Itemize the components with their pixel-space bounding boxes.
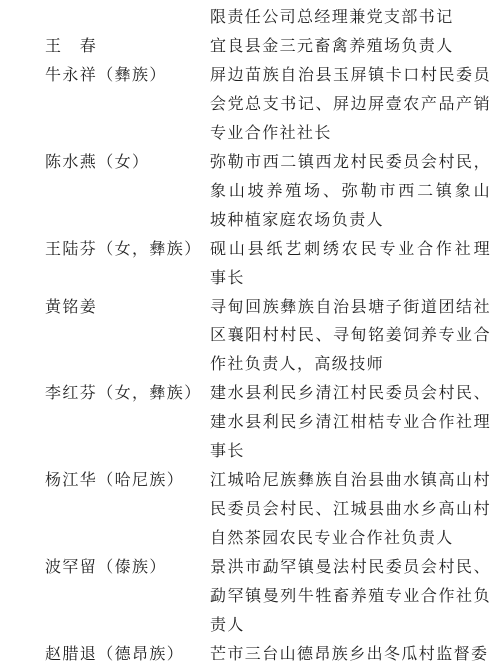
entry-description-line: 会党总支书记、屏边屏壹农产品产销 bbox=[210, 91, 491, 120]
entry-description-line: 江城哈尼族彝族自治县曲水镇高山村 bbox=[210, 467, 491, 496]
entry-description-line: 景洪市勐罕镇曼法村民委员会村民、 bbox=[210, 554, 491, 583]
entry-description-line: 弥勒市西二镇西龙村民委员会村民， bbox=[210, 149, 491, 178]
entry-name: 波罕留（傣族） bbox=[45, 554, 210, 583]
document-page: 限责任公司总经理兼党支部书记 王 春 宜良县金三元畜禽养殖场负责人 牛永祥（彝族… bbox=[0, 0, 497, 670]
entry-description-line: 民委员会村民、江城县曲水乡高山村 bbox=[210, 496, 491, 525]
entry-description-line: 事长 bbox=[210, 265, 491, 294]
entry-name: 杨江华（哈尼族） bbox=[45, 467, 210, 496]
entry-description-line: 作社负责人，高级技师 bbox=[210, 351, 491, 380]
entry-description: 寻甸回族彝族自治县塘子街道团结社区襄阳村村民、寻甸铭姜饲养专业合作社负责人，高级… bbox=[210, 294, 491, 381]
entry-description-line: 象山坡养殖场、弥勒市西二镇象山 bbox=[210, 178, 491, 207]
entry-description-line: 寻甸回族彝族自治县塘子街道团结社 bbox=[210, 294, 491, 323]
entry-description-line: 芒市三台山德昂族乡出冬瓜村监督委 bbox=[210, 641, 491, 670]
entry-description-line: 砚山县纸艺刺绣农民专业合作社理 bbox=[210, 236, 491, 265]
entry-name: 陈水燕（女） bbox=[45, 149, 210, 178]
entry-row: 限责任公司总经理兼党支部书记 bbox=[0, 4, 497, 33]
entry-name: 李红芬（女，彝族） bbox=[45, 380, 210, 409]
entry-description: 景洪市勐罕镇曼法村民委员会村民、勐罕镇曼列牛牲畜养殖专业合作社负责人 bbox=[210, 554, 491, 641]
entry-description-line: 区襄阳村村民、寻甸铭姜饲养专业合 bbox=[210, 322, 491, 351]
entry-description-line: 建水县利民乡清江柑桔专业合作社理 bbox=[210, 409, 491, 438]
entry-row: 陈水燕（女） 弥勒市西二镇西龙村民委员会村民，象山坡养殖场、弥勒市西二镇象山坡种… bbox=[0, 149, 497, 236]
entry-description-line: 责人 bbox=[210, 612, 491, 641]
entry-description: 芒市三台山德昂族乡出冬瓜村监督委 bbox=[210, 641, 491, 670]
entry-row: 王陆芬（女，彝族） 砚山县纸艺刺绣农民专业合作社理事长 bbox=[0, 236, 497, 294]
entry-description-line: 屏边苗族自治县玉屏镇卡口村民委员 bbox=[210, 62, 491, 91]
entry-description-line: 勐罕镇曼列牛牲畜养殖专业合作社负 bbox=[210, 583, 491, 612]
entry-description: 屏边苗族自治县玉屏镇卡口村民委员会党总支书记、屏边屏壹农产品产销专业合作社社长 bbox=[210, 62, 491, 149]
entry-row: 赵腊退（德昂族） 芒市三台山德昂族乡出冬瓜村监督委 bbox=[0, 641, 497, 670]
entry-description: 江城哈尼族彝族自治县曲水镇高山村民委员会村民、江城县曲水乡高山村自然茶园农民专业… bbox=[210, 467, 491, 554]
entry-description-line: 宜良县金三元畜禽养殖场负责人 bbox=[210, 33, 491, 62]
entry-row: 黄铭姜 寻甸回族彝族自治县塘子街道团结社区襄阳村村民、寻甸铭姜饲养专业合作社负责… bbox=[0, 294, 497, 381]
entry-description: 建水县利民乡清江村民委员会村民、建水县利民乡清江柑桔专业合作社理事长 bbox=[210, 380, 491, 467]
entry-description: 砚山县纸艺刺绣农民专业合作社理事长 bbox=[210, 236, 491, 294]
entry-row: 杨江华（哈尼族） 江城哈尼族彝族自治县曲水镇高山村民委员会村民、江城县曲水乡高山… bbox=[0, 467, 497, 554]
entry-row: 波罕留（傣族） 景洪市勐罕镇曼法村民委员会村民、勐罕镇曼列牛牲畜养殖专业合作社负… bbox=[0, 554, 497, 641]
entry-description: 宜良县金三元畜禽养殖场负责人 bbox=[210, 33, 491, 62]
entry-name: 王陆芬（女，彝族） bbox=[45, 236, 210, 265]
entry-description-line: 自然茶园农民专业合作社负责人 bbox=[210, 525, 491, 554]
entry-row: 王 春 宜良县金三元畜禽养殖场负责人 bbox=[0, 33, 497, 62]
entry-description-line: 建水县利民乡清江村民委员会村民、 bbox=[210, 380, 491, 409]
entry-name: 黄铭姜 bbox=[45, 294, 210, 323]
entry-description-line: 坡种植家庭农场负责人 bbox=[210, 207, 491, 236]
entry-name: 王 春 bbox=[45, 33, 210, 62]
entry-name: 牛永祥（彝族） bbox=[45, 62, 210, 91]
entry-description-line: 事长 bbox=[210, 438, 491, 467]
entry-row: 李红芬（女，彝族） 建水县利民乡清江村民委员会村民、建水县利民乡清江柑桔专业合作… bbox=[0, 380, 497, 467]
entry-name: 赵腊退（德昂族） bbox=[45, 641, 210, 670]
entry-row: 牛永祥（彝族） 屏边苗族自治县玉屏镇卡口村民委员会党总支书记、屏边屏壹农产品产销… bbox=[0, 62, 497, 149]
entry-description: 弥勒市西二镇西龙村民委员会村民，象山坡养殖场、弥勒市西二镇象山坡种植家庭农场负责… bbox=[210, 149, 491, 236]
entry-description-line: 限责任公司总经理兼党支部书记 bbox=[210, 4, 491, 33]
entry-description: 限责任公司总经理兼党支部书记 bbox=[210, 4, 491, 33]
entry-description-line: 专业合作社社长 bbox=[210, 120, 491, 149]
